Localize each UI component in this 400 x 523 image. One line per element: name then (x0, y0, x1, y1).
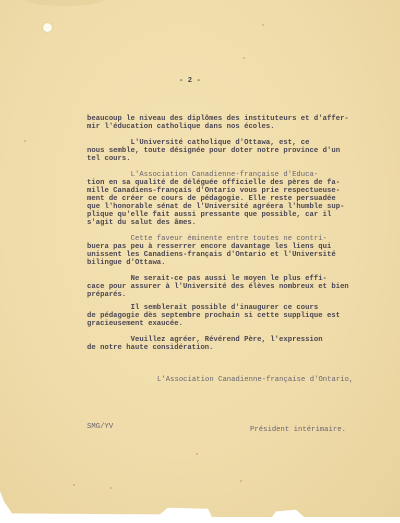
signatory-title: Président intérimaire. (250, 426, 346, 435)
text-line: bilingue d'Ottawa. (87, 259, 166, 268)
punch-hole (43, 23, 52, 32)
text-line: mir l'éducation catholique dans nos écol… (87, 123, 275, 132)
text-line: préparés. (87, 291, 126, 300)
page-number: - 2 - (179, 77, 201, 86)
text-line: gracieusement exaucée. (87, 320, 183, 329)
paper-speck (240, 480, 242, 482)
paper-speck (196, 453, 198, 455)
paper-speck (243, 57, 245, 59)
text-line: s'agit du salut des âmes. (87, 219, 196, 228)
paper-speck (24, 140, 26, 142)
signature-organization: L'Association Canadienne-française d'Ont… (157, 376, 353, 385)
reference-initials: SMG/YV (87, 423, 113, 432)
paper-speck (262, 24, 264, 26)
paper-speck (110, 487, 112, 489)
paper-speck (73, 484, 75, 486)
paper-stain (25, 0, 105, 6)
text-line: tel cours. (87, 155, 131, 164)
document-page: - 2 - beaucoup le niveau des diplômes de… (0, 0, 400, 517)
text-line: de notre haute considération. (87, 344, 214, 353)
